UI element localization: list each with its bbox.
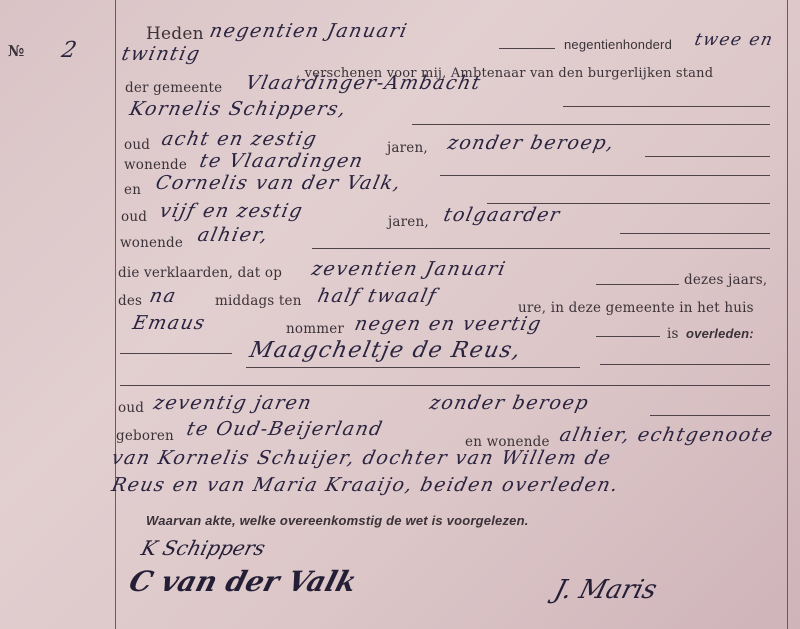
- witness1-name-value: Kornelis Schippers,: [128, 98, 349, 120]
- municipality-value: Vlaardinger-Ambacht: [244, 72, 484, 94]
- rule: [499, 48, 555, 49]
- residing-label-2: wonende: [120, 235, 183, 251]
- declared-text: die verklaarden, dat op: [118, 265, 282, 281]
- relations-line1-value: van Kornelis Schuijer, dochter van Wille…: [110, 447, 614, 469]
- deceased-occupation-value: zonder beroep: [428, 392, 592, 414]
- hour-text: ure, in deze gemeente in het huis: [518, 300, 754, 316]
- middags-label: middags ten: [215, 293, 302, 309]
- rule: [600, 364, 770, 365]
- death-date-value: zeventien Januari: [310, 258, 509, 280]
- daypart-value: na: [148, 285, 179, 307]
- deceased-name-value: Maagcheltje de Reus,: [247, 338, 524, 363]
- rule: [312, 248, 770, 249]
- residing-label-1: wonende: [124, 157, 187, 173]
- rule: [645, 156, 770, 157]
- rule: [412, 124, 770, 125]
- time-value: half twaalf: [316, 285, 440, 307]
- nommer-label: nommer: [286, 321, 344, 337]
- margin-border-line: [115, 0, 116, 629]
- des-label: des: [118, 293, 142, 309]
- witness2-age-value: vijf en zestig: [158, 200, 306, 222]
- closing-text: Waarvan akte, welke overeenkomstig de we…: [146, 513, 529, 528]
- rule: [596, 284, 679, 285]
- is-label: is: [667, 326, 679, 342]
- rule: [120, 385, 770, 386]
- witness1-residence-value: te Vlaardingen: [198, 150, 366, 172]
- died-label: overleden:: [686, 326, 754, 341]
- witness2-name-value: Cornelis van der Valk,: [154, 172, 404, 194]
- witness1-age-value: acht en zestig: [160, 128, 320, 150]
- century-label: negentienhonderd: [564, 37, 672, 52]
- deceased-age-value: zeventig jaren: [152, 392, 315, 414]
- deceased-residence-value: alhier, echtgenoote: [558, 424, 776, 446]
- witness1-occupation-value: zonder beroep,: [446, 132, 617, 154]
- right-border-line: [787, 0, 788, 629]
- municipality-label: der gemeente: [125, 80, 222, 96]
- rule: [650, 415, 770, 416]
- deceased-name-underline: [246, 367, 580, 368]
- house-number-value: negen en veertig: [353, 313, 545, 335]
- and-label: en: [124, 182, 141, 198]
- rule: [620, 233, 770, 234]
- this-year-label: dezes jaars,: [684, 272, 767, 288]
- house-name-value: Emaus: [131, 312, 208, 334]
- years-label-1: jaren,: [387, 140, 428, 156]
- years-label-2: jaren,: [388, 214, 429, 230]
- birthplace-value: te Oud-Beijerland: [185, 418, 386, 440]
- record-number-sign: №: [8, 42, 24, 60]
- relations-line2-value: Reus en van Maria Kraaijo, beiden overle…: [110, 474, 622, 496]
- year-part2-value: twintig: [120, 43, 203, 65]
- year-part1-value: twee en: [693, 30, 776, 50]
- rule: [120, 353, 232, 354]
- rule: [563, 106, 770, 107]
- rule: [596, 336, 660, 337]
- official-signature: J. Maris: [551, 575, 660, 605]
- witness2-occupation-value: tolgaarder: [442, 204, 563, 226]
- heden-label: Heden: [146, 24, 204, 44]
- age-label-3: oud: [118, 400, 144, 416]
- witness1-signature: K Schippers: [139, 536, 268, 560]
- rule: [440, 175, 770, 176]
- age-label-2: oud: [121, 209, 147, 225]
- witness2-signature: C van der Valk: [126, 565, 361, 598]
- witness2-residence-value: alhier,: [196, 224, 271, 246]
- day-month-value: negentien Januari: [208, 20, 410, 42]
- age-label-1: oud: [124, 137, 150, 153]
- record-number-value: 2: [59, 38, 80, 63]
- born-label: geboren: [116, 428, 174, 444]
